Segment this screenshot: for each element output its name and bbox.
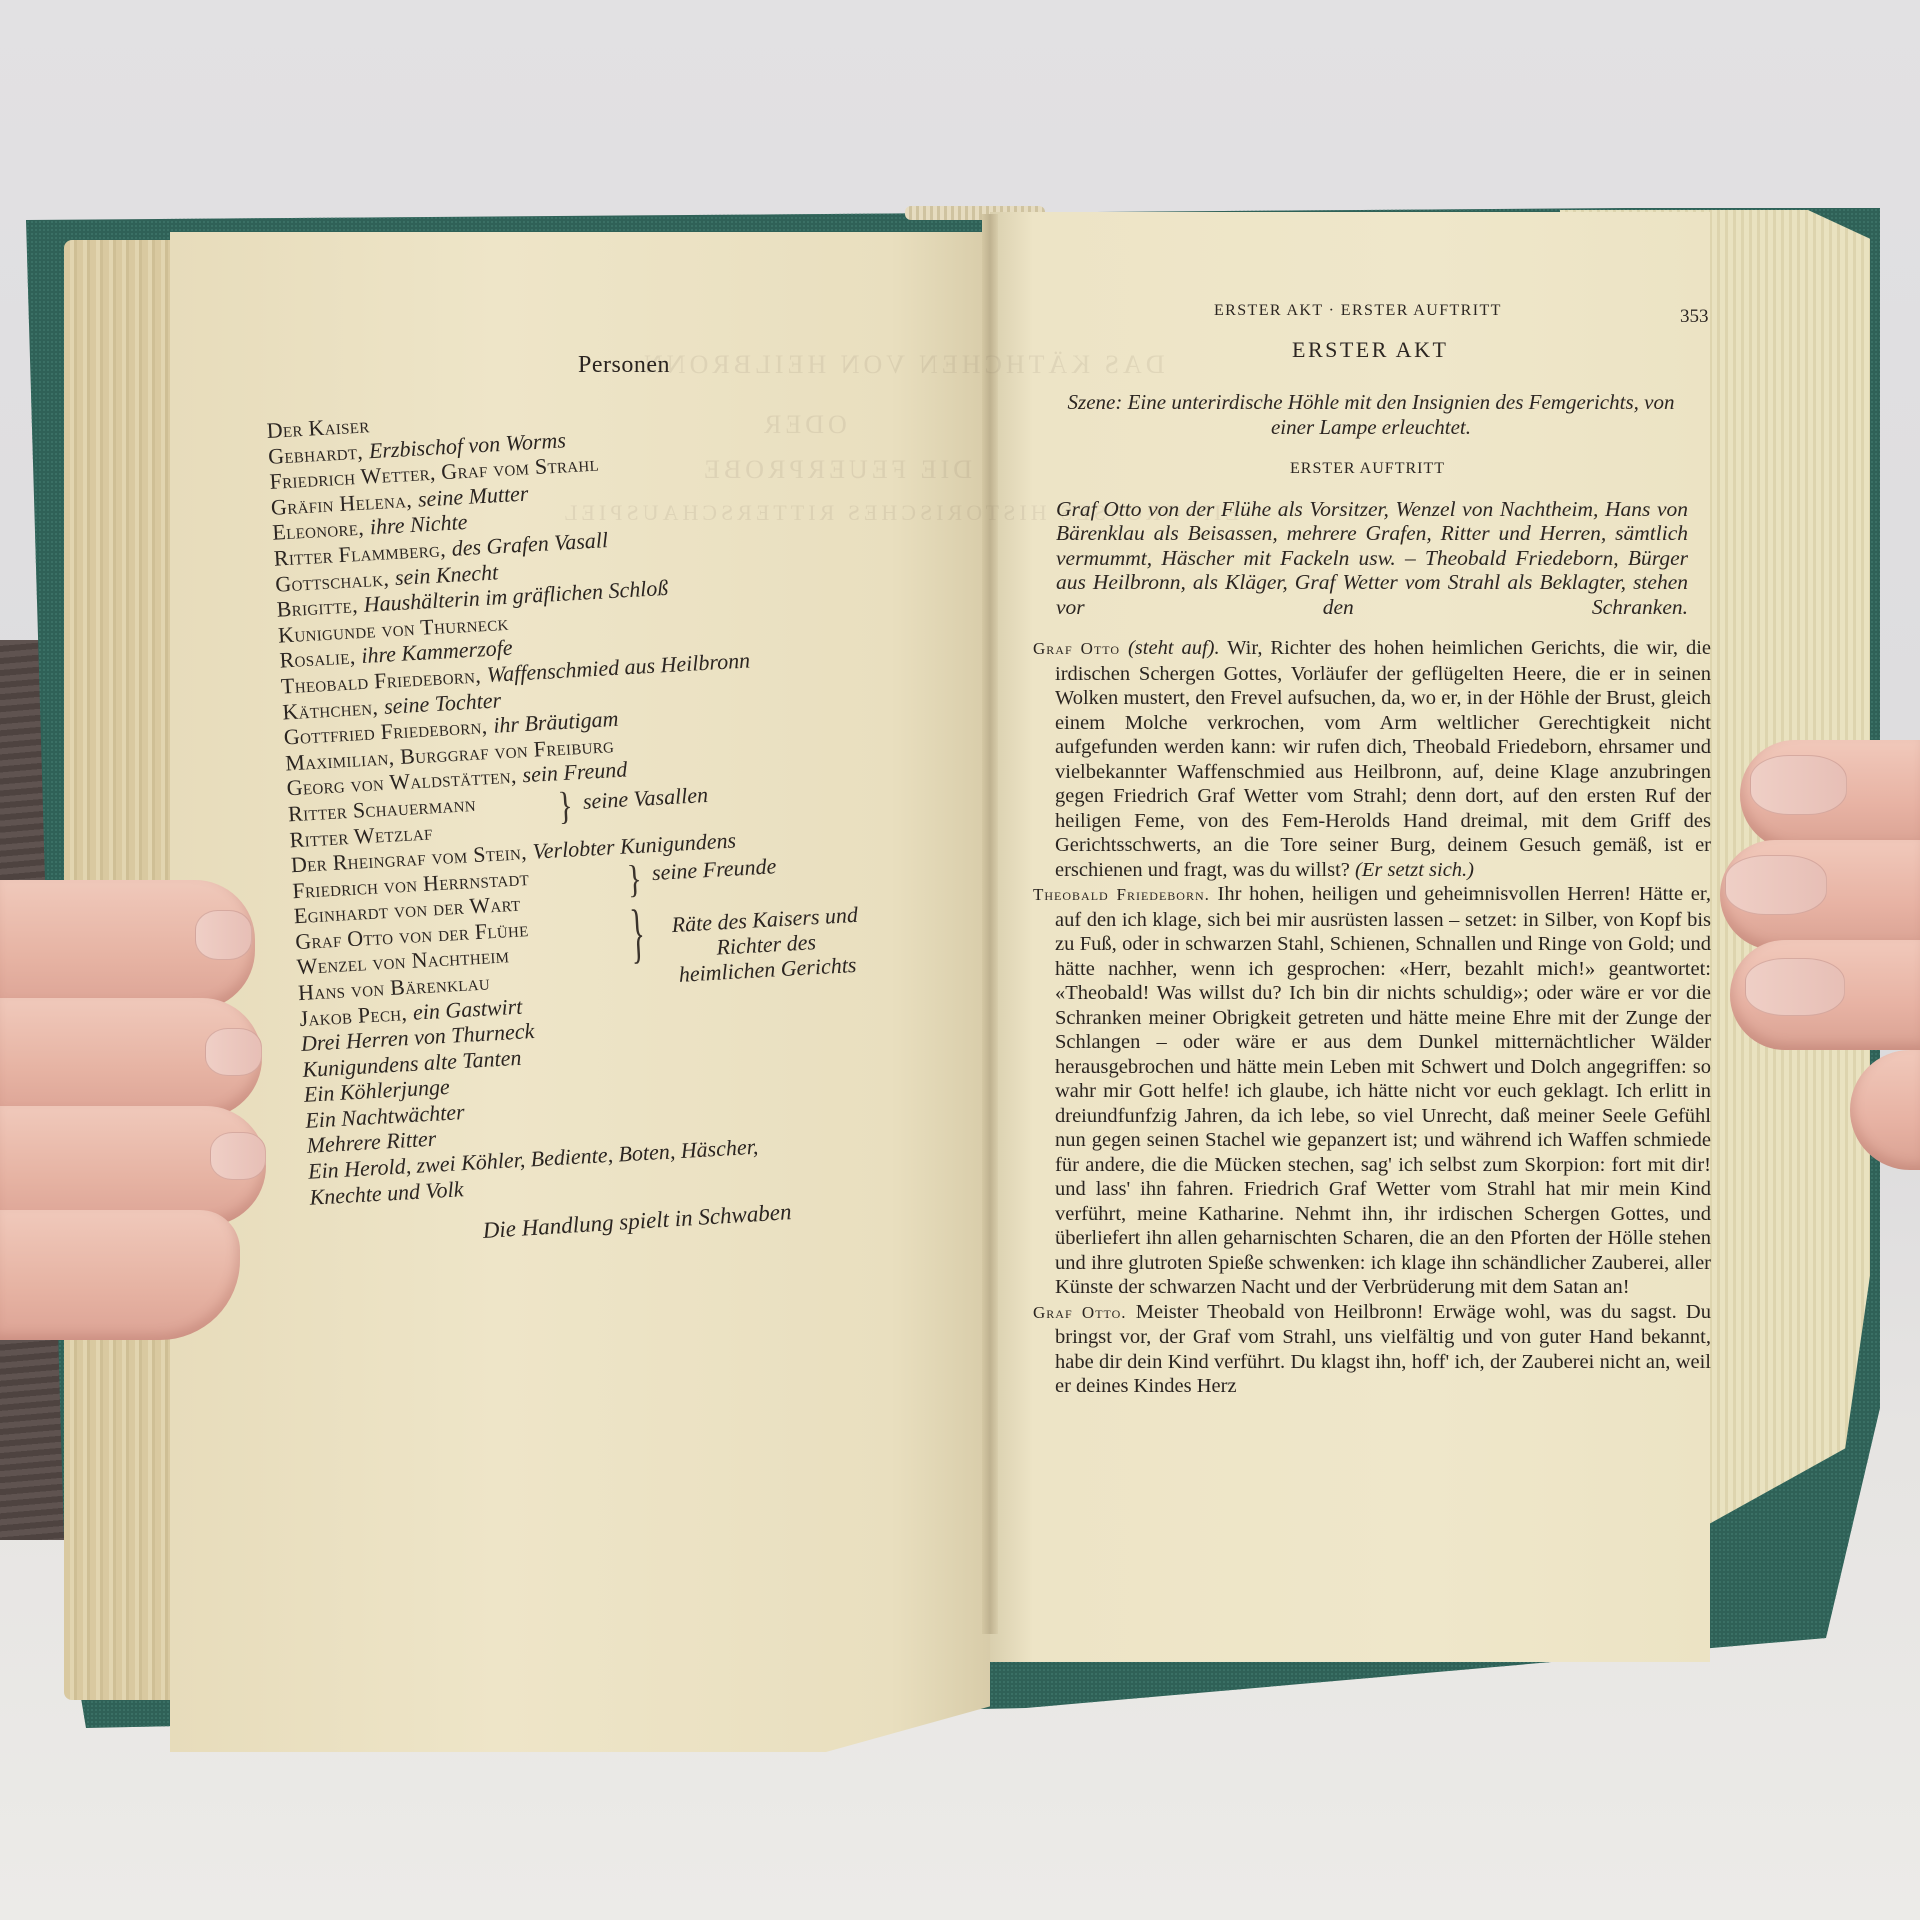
speaker-name: Graf Otto <box>1033 639 1120 658</box>
show-through-text: DAS KÄTHCHEN VON HEILBRONN <box>640 350 1165 380</box>
brace-icon: } <box>626 860 643 900</box>
speech: Graf Otto. Meister Theobald von Heilbron… <box>1033 1300 1711 1399</box>
scene-description: Szene: Eine unterirdische Höhle mit den … <box>1056 390 1686 440</box>
book-gutter <box>982 214 998 1634</box>
right-hand <box>1720 690 1920 1330</box>
cast-list-title: Personen <box>578 352 670 379</box>
act-title: ERSTER AKT <box>1292 337 1448 363</box>
scene-heading: ERSTER AUFTRITT <box>1290 460 1445 478</box>
speaker-name: Theobald Friedeborn. <box>1033 885 1210 904</box>
speaker-name: Graf Otto. <box>1033 1303 1127 1322</box>
dialogue: Graf Otto (steht auf). Wir, Richter des … <box>1033 636 1711 1399</box>
running-head: ERSTER AKT · ERSTER AUFTRITT <box>1214 302 1502 320</box>
stage-direction: Graf Otto von der Flühe als Vorsitzer, W… <box>1056 497 1688 619</box>
cast-list: Der Kaiser Gebhardt,Erzbischof von Worms… <box>266 382 949 1210</box>
speech: Graf Otto (steht auf). Wir, Richter des … <box>1033 636 1711 882</box>
brace-icon: } <box>557 787 574 827</box>
speech: Theobald Friedeborn. Ihr hohen, heiligen… <box>1033 882 1711 1300</box>
left-hand <box>0 880 280 1360</box>
page-number: 353 <box>1680 306 1709 328</box>
